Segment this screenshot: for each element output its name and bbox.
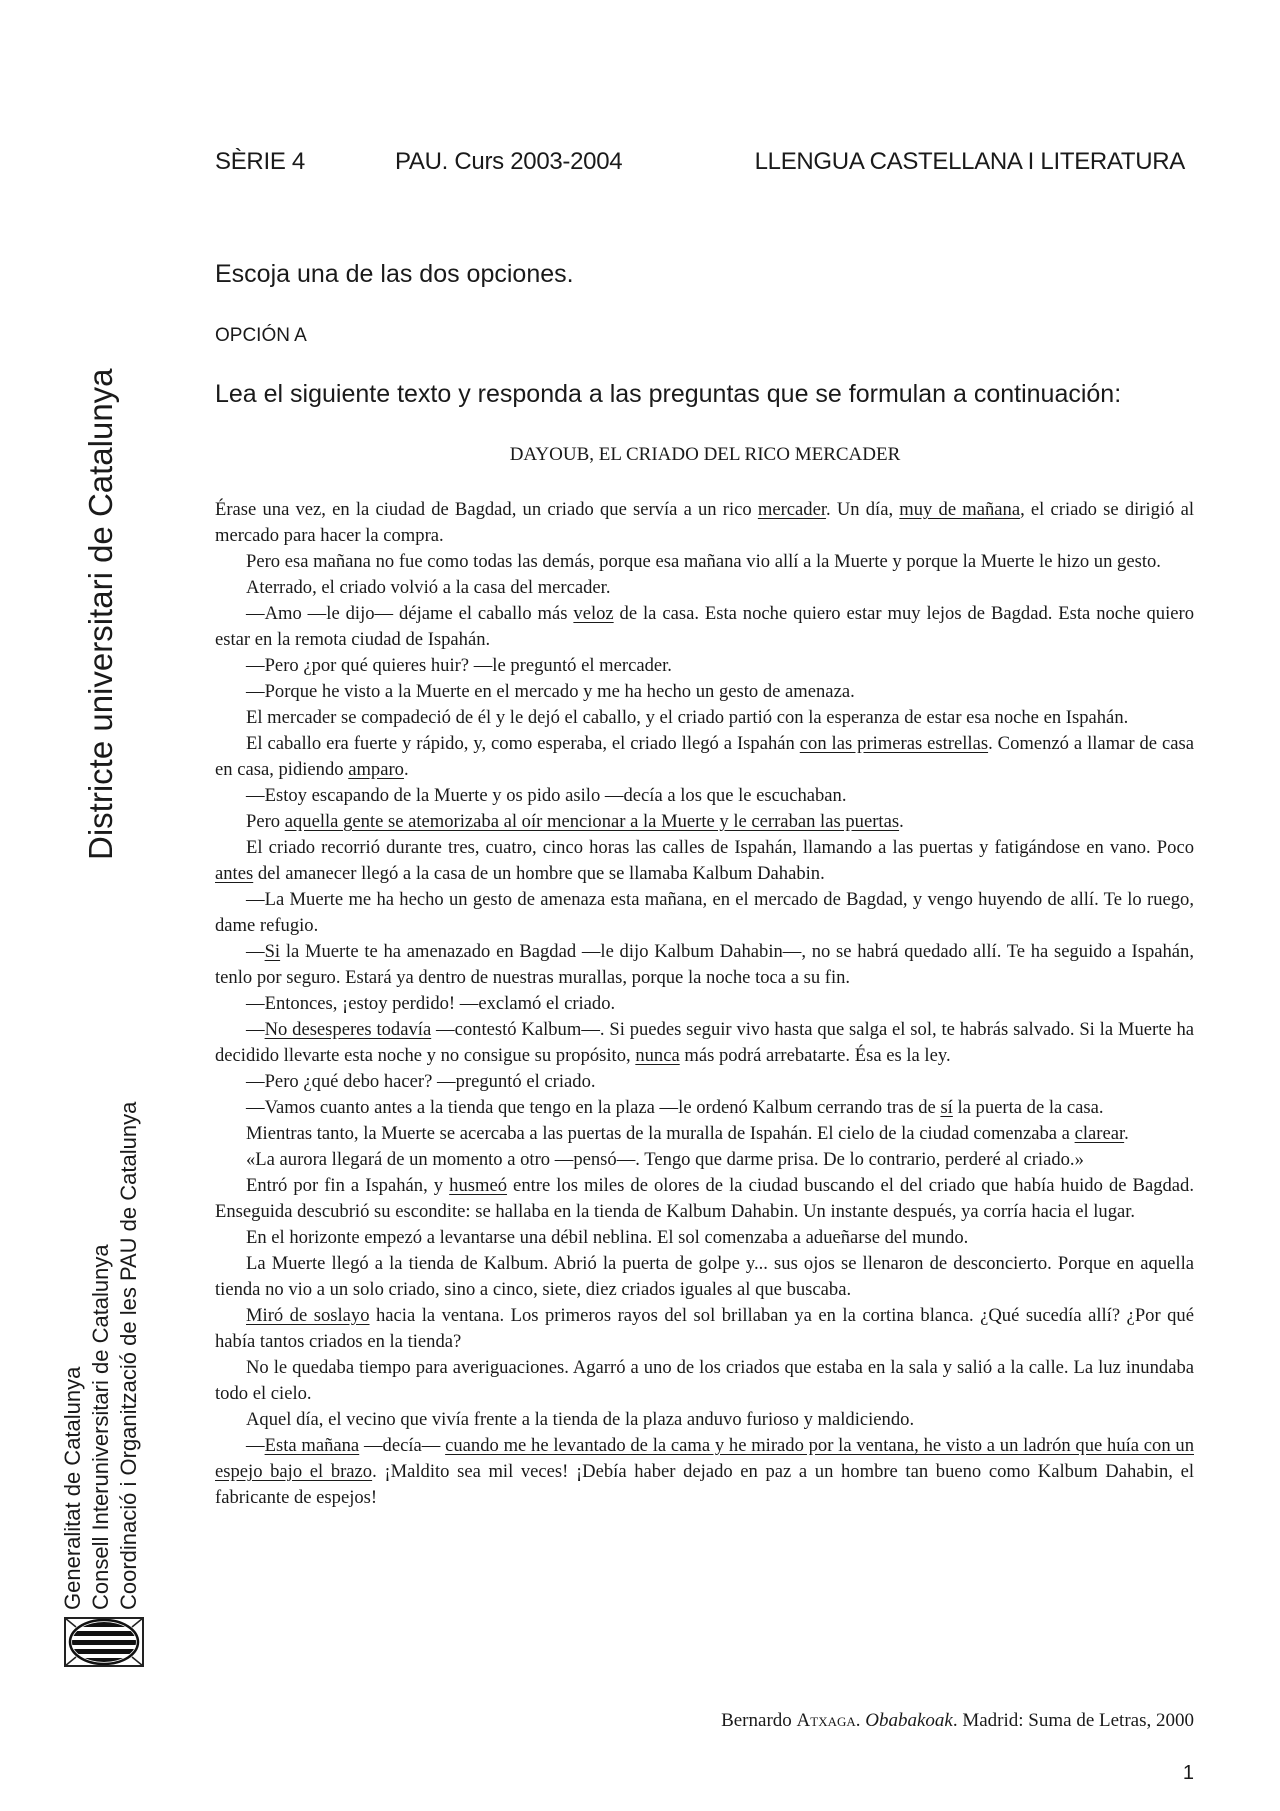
story-paragraph: No le quedaba tiempo para averiguaciones… [215, 1355, 1194, 1407]
text-segment: La Muerte llegó a la tienda de Kalbum. A… [215, 1253, 1194, 1300]
district-label: Districte universitari de Catalunya [82, 230, 120, 860]
story-paragraph: Érase una vez, en la ciudad de Bagdad, u… [215, 497, 1194, 549]
exam-course: PAU. Curs 2003-2004 [395, 148, 622, 176]
underlined-term: sí [940, 1097, 952, 1118]
text-segment: No le quedaba tiempo para averiguaciones… [215, 1357, 1194, 1404]
underlined-term: husmeó [449, 1175, 507, 1196]
text-segment: . [404, 759, 409, 780]
institution-line-consell: Consell Interuniversitari de Catalunya [88, 1244, 114, 1610]
text-segment: más podrá arrebatarte. Ésa es la ley. [680, 1045, 951, 1066]
choose-instruction: Escoja una de las dos opciones. [215, 260, 574, 289]
story-paragraph: Aquel día, el vecino que vivía frente a … [215, 1407, 1194, 1433]
text-segment: —Pero ¿qué debo hacer? —preguntó el cria… [246, 1071, 596, 1092]
text-segment: Entró por fin a Ispahán, y [246, 1175, 449, 1196]
story-paragraph: Miró de soslayo hacia la ventana. Los pr… [215, 1303, 1194, 1355]
author-first-name: Bernardo [721, 1710, 796, 1731]
story-paragraph: —Pero ¿qué debo hacer? —preguntó el cria… [215, 1069, 1194, 1095]
story-paragraph: —Entonces, ¡estoy perdido! —exclamó el c… [215, 991, 1194, 1017]
page-header: SÈRIE 4 PAU. Curs 2003-2004 LLENGUA CAST… [215, 148, 1185, 182]
story-paragraph: El mercader se compadeció de él y le dej… [215, 705, 1194, 731]
story-paragraph: Mientras tanto, la Muerte se acercaba a … [215, 1121, 1194, 1147]
text-segment: —decía— [359, 1435, 445, 1456]
story-paragraph: «La aurora llegará de un momento a otro … [215, 1147, 1194, 1173]
text-segment: Pero [246, 811, 285, 832]
underlined-term: Miró de soslayo [246, 1305, 370, 1326]
underlined-term: aquella gente se atemorizaba al oír menc… [285, 811, 899, 832]
story-paragraph: —Esta mañana —decía— cuando me he levant… [215, 1433, 1194, 1511]
underlined-term: con las primeras estrellas [800, 733, 988, 754]
underlined-term: veloz [573, 603, 613, 624]
text-segment: — [246, 941, 265, 962]
story-paragraph: —Vamos cuanto antes a la tienda que teng… [215, 1095, 1194, 1121]
institution-labels: Generalitat de Catalunya Consell Interun… [60, 990, 170, 1610]
text-segment: —Pero ¿por qué quieres huir? —le pregunt… [246, 655, 672, 676]
citation-separator: . [856, 1710, 866, 1731]
reading-instruction: Lea el siguiente texto y responda a las … [215, 380, 1121, 409]
underlined-term: Esta mañana [265, 1435, 360, 1456]
text-segment: del amanecer llegó a la casa de un hombr… [253, 863, 825, 884]
text-segment: «La aurora llegará de un momento a otro … [246, 1149, 1084, 1170]
institution-line-coordinacio: Coordinació i Organització de les PAU de… [116, 1102, 142, 1610]
book-title: Obabakoak [865, 1710, 953, 1731]
story-paragraph: La Muerte llegó a la tienda de Kalbum. A… [215, 1251, 1194, 1303]
story-paragraph: —Amo —le dijo— déjame el caballo más vel… [215, 601, 1194, 653]
story-paragraph: Pero aquella gente se atemorizaba al oír… [215, 809, 1194, 835]
generalitat-emblem-icon [64, 1617, 144, 1667]
story-body: Érase una vez, en la ciudad de Bagdad, u… [215, 497, 1194, 1511]
text-segment: El criado recorrió durante tres, cuatro,… [246, 837, 1194, 858]
text-segment: — [246, 1019, 265, 1040]
text-segment: . [1124, 1123, 1129, 1144]
story-paragraph: —No desesperes todavía —contestó Kalbum—… [215, 1017, 1194, 1069]
underlined-term: No desesperes todavía [265, 1019, 432, 1040]
text-segment: El caballo era fuerte y rápido, y, como … [246, 733, 800, 754]
text-segment: —Entonces, ¡estoy perdido! —exclamó el c… [246, 993, 615, 1014]
story-paragraph: Entró por fin a Ispahán, y husmeó entre … [215, 1173, 1194, 1225]
text-segment: —Porque he visto a la Muerte en el merca… [246, 681, 855, 702]
text-segment: El mercader se compadeció de él y le dej… [246, 707, 1128, 728]
option-heading: OPCIÓN A [215, 325, 307, 347]
story-title: DAYOUB, EL CRIADO DEL RICO MERCADER [215, 444, 1195, 466]
underlined-term: nunca [635, 1045, 679, 1066]
underlined-term: antes [215, 863, 253, 884]
underlined-term: clarear [1075, 1123, 1125, 1144]
story-paragraph: —Estoy escapando de la Muerte y os pido … [215, 783, 1194, 809]
underlined-term: muy de mañana [899, 499, 1020, 520]
story-paragraph: —Si la Muerte te ha amenazado en Bagdad … [215, 939, 1194, 991]
story-paragraph: Aterrado, el criado volvió a la casa del… [215, 575, 1194, 601]
text-segment: —La Muerte me ha hecho un gesto de amena… [215, 889, 1194, 936]
text-segment: — [246, 1435, 265, 1456]
story-paragraph: Pero esa mañana no fue como todas las de… [215, 549, 1194, 575]
source-citation: Bernardo Atxaga. Obabakoak. Madrid: Suma… [721, 1710, 1194, 1732]
underlined-term: Si [265, 941, 281, 962]
publication-info: . Madrid: Suma de Letras, 2000 [953, 1710, 1194, 1731]
author-last-name: Atxaga [797, 1710, 856, 1731]
text-segment: la puerta de la casa. [953, 1097, 1104, 1118]
text-segment: . Un día, [826, 499, 899, 520]
underlined-term: amparo [348, 759, 404, 780]
text-segment: —Vamos cuanto antes a la tienda que teng… [246, 1097, 940, 1118]
text-segment: —Amo —le dijo— déjame el caballo más [246, 603, 573, 624]
text-segment: Aterrado, el criado volvió a la casa del… [246, 577, 610, 598]
text-segment: En el horizonte empezó a levantarse una … [246, 1227, 968, 1248]
institution-line-generalitat: Generalitat de Catalunya [60, 1367, 86, 1610]
story-paragraph: —La Muerte me ha hecho un gesto de amena… [215, 887, 1194, 939]
text-segment: Aquel día, el vecino que vivía frente a … [246, 1409, 914, 1430]
text-segment: Érase una vez, en la ciudad de Bagdad, u… [215, 499, 758, 520]
story-paragraph: —Pero ¿por qué quieres huir? —le pregunt… [215, 653, 1194, 679]
story-paragraph: En el horizonte empezó a levantarse una … [215, 1225, 1194, 1251]
text-segment: la Muerte te ha amenazado en Bagdad —le … [215, 941, 1194, 988]
text-segment: —Estoy escapando de la Muerte y os pido … [246, 785, 847, 806]
exam-series: SÈRIE 4 [215, 148, 305, 176]
underlined-term: mercader [758, 499, 826, 520]
story-paragraph: —Porque he visto a la Muerte en el merca… [215, 679, 1194, 705]
text-segment: . [899, 811, 904, 832]
story-paragraph: El caballo era fuerte y rápido, y, como … [215, 731, 1194, 783]
text-segment: Mientras tanto, la Muerte se acercaba a … [246, 1123, 1075, 1144]
page-number: 1 [1183, 1762, 1194, 1785]
text-segment: Pero esa mañana no fue como todas las de… [246, 551, 1161, 572]
exam-subject: LLENGUA CASTELLANA I LITERATURA [755, 148, 1185, 176]
story-paragraph: El criado recorrió durante tres, cuatro,… [215, 835, 1194, 887]
